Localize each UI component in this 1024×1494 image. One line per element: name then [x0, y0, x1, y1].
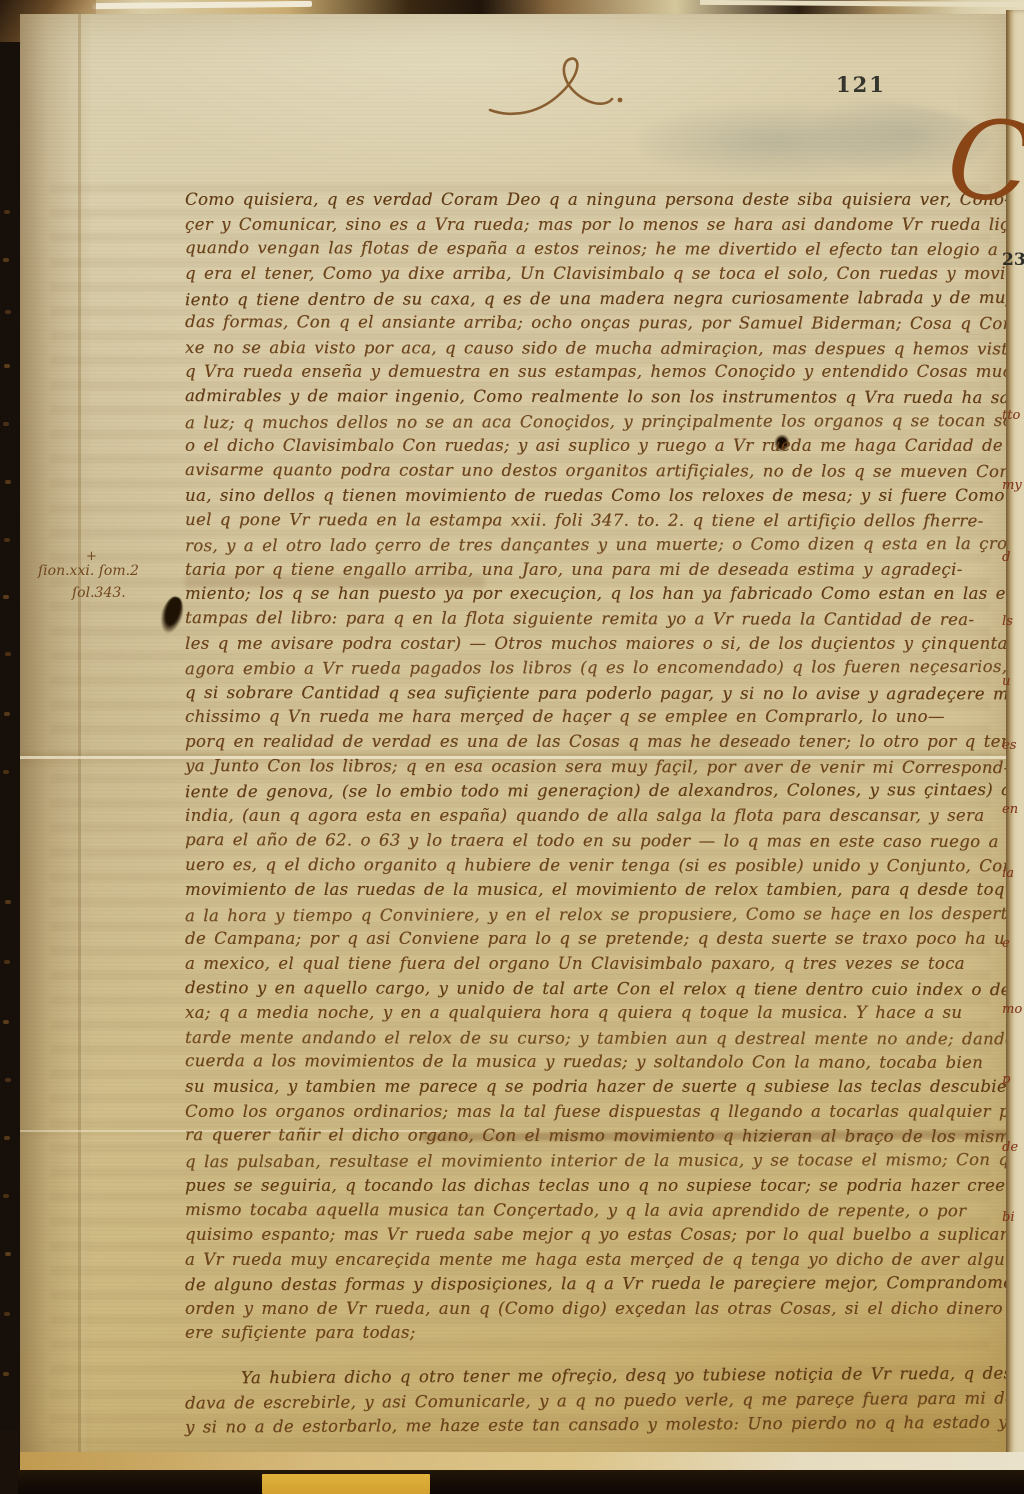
manuscript-line: a la hora y tiempo q Conviniere, y en el… [185, 903, 1006, 930]
manuscript-line: destino y en aquello cargo, y unido de t… [185, 977, 1006, 1004]
manuscript-line: cuerda a los movimientos de la musica y … [185, 1051, 1006, 1078]
edge-text-fragment: de [1002, 1140, 1018, 1155]
manuscript-line: ua, sino dellos q tienen movimiento de r… [185, 486, 1006, 511]
edge-text-fragment: my [1002, 478, 1022, 493]
manuscript-line: a mexico, el qual tiene fuera del organo… [185, 954, 1006, 979]
manuscript-line: miento; los q se han puesto ya por execu… [185, 584, 1006, 609]
manuscript-photo: 121 + ſion.xxi. ſom.2 ſol.343. Como quis… [0, 0, 1024, 1494]
manuscript-line: a luz; q muchos dellos no se an aca Cono… [185, 411, 1006, 438]
page-bottom-edge [20, 1452, 1024, 1472]
manuscript-line: mismo tocaba aquella musica tan Conçerta… [185, 1200, 1006, 1226]
manuscript-line: chissimo q Vn rueda me hara merçed de ha… [185, 707, 1006, 732]
ink-bleedthrough-smudge [638, 98, 990, 186]
manuscript-line: taria por q tiene engallo arriba, una Ja… [185, 560, 1006, 585]
table-background [0, 1470, 1024, 1494]
edge-text-fragment: es [1002, 738, 1016, 753]
edge-text-fragment: tto [1002, 408, 1020, 423]
edge-text-fragment: p [1002, 1072, 1010, 1087]
folio-number: 121 [836, 72, 886, 97]
manuscript-line: y si no a de estorbarlo, me haze este ta… [185, 1413, 1006, 1443]
manuscript-line: das formas, Con q el ansiante arriba; oc… [185, 312, 1006, 339]
manuscript-line: iente de genova, (se lo embio todo mi ge… [185, 780, 1006, 807]
manuscript-line: quando vengan las flotas de españa a est… [185, 238, 1006, 265]
edge-text-fragment: bi [1002, 1210, 1014, 1225]
manuscript-line: q era el tener, Como ya dixe arriba, Un … [185, 264, 1006, 289]
manuscript-page: 121 + ſion.xxi. ſom.2 ſol.343. Como quis… [20, 14, 1006, 1458]
manuscript-line: a Vr rueda muy encareçida mente me haga … [185, 1250, 1006, 1275]
manuscript-line: çer y Comunicar, sino es a Vra rueda; ma… [185, 215, 1006, 240]
manuscript-line: q Vra rueda enseña y demuestra en sus es… [185, 362, 1006, 387]
edge-text-fragment: u [1002, 674, 1010, 689]
letter-body-paragraph: Como quisiera, q es verdad Coram Deo q a… [185, 190, 1006, 1348]
manuscript-line: para el año de 62. o 63 y lo traera el t… [185, 830, 1006, 857]
manuscript-line: q las pulsaban, resultase el movimiento … [185, 1150, 1006, 1177]
manuscript-line: de alguno destas formas y disposiçiones,… [185, 1273, 1006, 1300]
book-edge-gilt [262, 1474, 430, 1494]
manuscript-line: ros, y a el otro lado çerro de tres danç… [185, 534, 1006, 561]
manuscript-line: ere sufiçiente para todas; [185, 1323, 1006, 1348]
edge-text-fragment: ls [1002, 614, 1013, 629]
manuscript-line: admirables y de maior ingenio, Como real… [185, 386, 1006, 413]
manuscript-line: avisarme quanto podra costar uno destos … [185, 460, 1006, 487]
manuscript-line: quisimo espanto; mas Vr rueda sabe mejor… [185, 1225, 1006, 1250]
strikethrough-smudge [422, 1124, 1006, 1147]
manuscript-line: uel q pone Vr rueda en la estampa xxii. … [185, 510, 1006, 536]
letter-closing-paragraph: Ya hubiera dicho q otro tener me ofreçio… [185, 1366, 1006, 1440]
manuscript-line: Como quisiera, q es verdad Coram Deo q a… [185, 190, 1006, 215]
manuscript-line: porq en realidad de verdad es una de las… [185, 732, 1006, 757]
binding-ink-marks [3, 200, 9, 204]
manuscript-line: su musica, y tambien me parece q se podr… [185, 1077, 1006, 1102]
manuscript-line: xe no se abia visto por aca, q causo sid… [185, 338, 1006, 364]
edge-text-fragment: mo [1002, 1002, 1022, 1017]
manuscript-line: xa; q a media noche, y en a qualquiera h… [185, 1003, 1006, 1028]
opening-cross-flourish-icon [482, 50, 642, 130]
manuscript-line: de Campana; por q asi Conviene para lo q… [185, 929, 1006, 954]
manuscript-line: tarde mente andando el relox de su curso… [185, 1028, 1006, 1054]
edge-text-fragment: en [1002, 802, 1018, 817]
manuscript-line: pues se seguiria, q tocando las dichas t… [185, 1176, 1006, 1201]
edge-text-fragment: e [1002, 936, 1010, 951]
manuscript-line: Como los organos ordinarios; mas la tal … [185, 1102, 1006, 1127]
manuscript-line: q si sobrare Cantidad q sea sufiçiente p… [185, 683, 1006, 709]
manuscript-line: movimiento de las ruedas de la musica, e… [185, 880, 1006, 905]
manuscript-line: iento q tiene dentro de su caxa, q es de… [185, 287, 1006, 314]
next-page-text-fragments: ttomydlsueseniaemopdebi [1000, 10, 1024, 1410]
manuscript-line: orden y mano de Vr rueda, aun q (Como di… [185, 1299, 1006, 1324]
manuscript-line: uero es, q el dicho organito q hubiere d… [185, 855, 1006, 881]
gutter-shading [20, 14, 92, 1458]
manuscript-line: o el dicho Clavisimbalo Con ruedas; y as… [185, 436, 1006, 461]
vertical-fold-crease [78, 14, 81, 1458]
margin-cross-mark: + [86, 546, 97, 568]
edge-text-fragment: ia [1002, 866, 1014, 881]
edge-text-fragment: d [1002, 550, 1010, 565]
manuscript-line: india, (aun q agora esta en españa) quan… [185, 806, 1006, 831]
manuscript-line: tampas del libro: para q en la flota sig… [185, 608, 1006, 635]
margin-citation: + ſion.xxi. ſom.2 ſol.343. [38, 560, 188, 604]
manuscript-line: ya Junto Con los libros; q en esa ocasio… [185, 756, 1006, 783]
table-background-corner [0, 1430, 18, 1494]
manuscript-line: les q me avisare podra costar) — Otros m… [185, 634, 1006, 659]
manuscript-line: agora embio a Vr rueda pagados los libro… [185, 657, 1006, 684]
margin-citation-line1: ſion.xxi. ſom.2 [38, 560, 188, 582]
next-page-edge: C 23 ttomydlsueseniaemopdebi [1006, 10, 1024, 1470]
